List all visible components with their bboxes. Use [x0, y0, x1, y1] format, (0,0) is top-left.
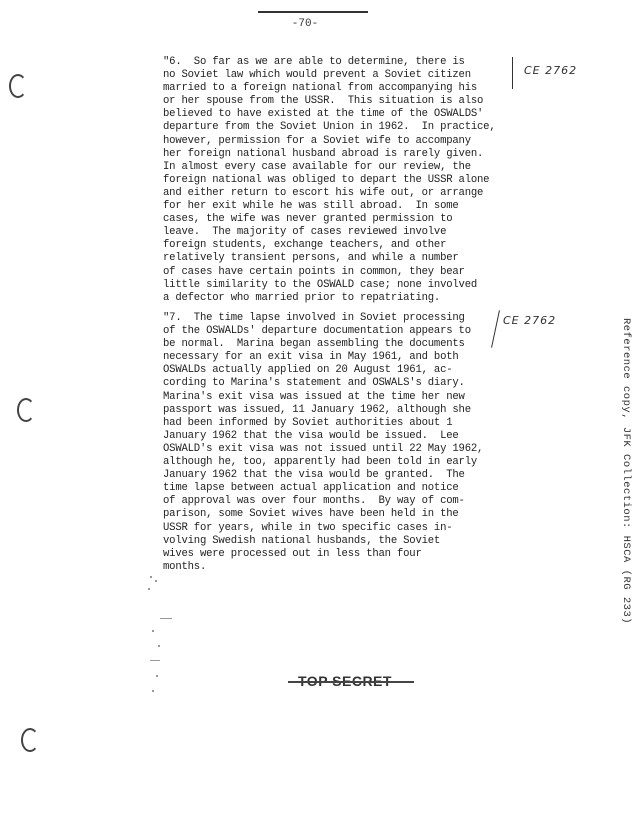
header-classification-stamp — [258, 6, 368, 16]
speckle — [150, 660, 160, 661]
margin-note-ce2762: CE 2762 — [524, 64, 577, 77]
document-page: -70- "6. So far as we are able to determ… — [0, 0, 638, 824]
binder-hole-icon — [21, 728, 39, 752]
page-number: -70- — [285, 18, 325, 30]
binder-hole-icon — [9, 74, 27, 98]
strikethrough-line — [288, 681, 414, 683]
speckle — [155, 580, 157, 582]
paragraph-7: "7. The time lapse involved in Soviet pr… — [163, 312, 503, 574]
margin-note-ce2762: CE 2762 — [503, 314, 556, 327]
speckle — [152, 690, 154, 692]
side-reference-stamp: Reference copy, JFK Collection: HSCA (RG… — [612, 318, 632, 618]
speckle — [152, 630, 154, 632]
paragraph-6: "6. So far as we are able to determine, … — [163, 56, 503, 305]
speckle — [158, 645, 160, 647]
speckle — [156, 675, 158, 677]
speckle — [150, 576, 152, 578]
binder-hole-icon — [17, 398, 35, 422]
margin-bracket-line — [512, 57, 513, 89]
speckle — [148, 588, 150, 590]
speckle — [160, 618, 172, 619]
strikethrough-line — [258, 11, 368, 13]
footer-classification-stamp: TOP SECRET — [298, 673, 408, 689]
